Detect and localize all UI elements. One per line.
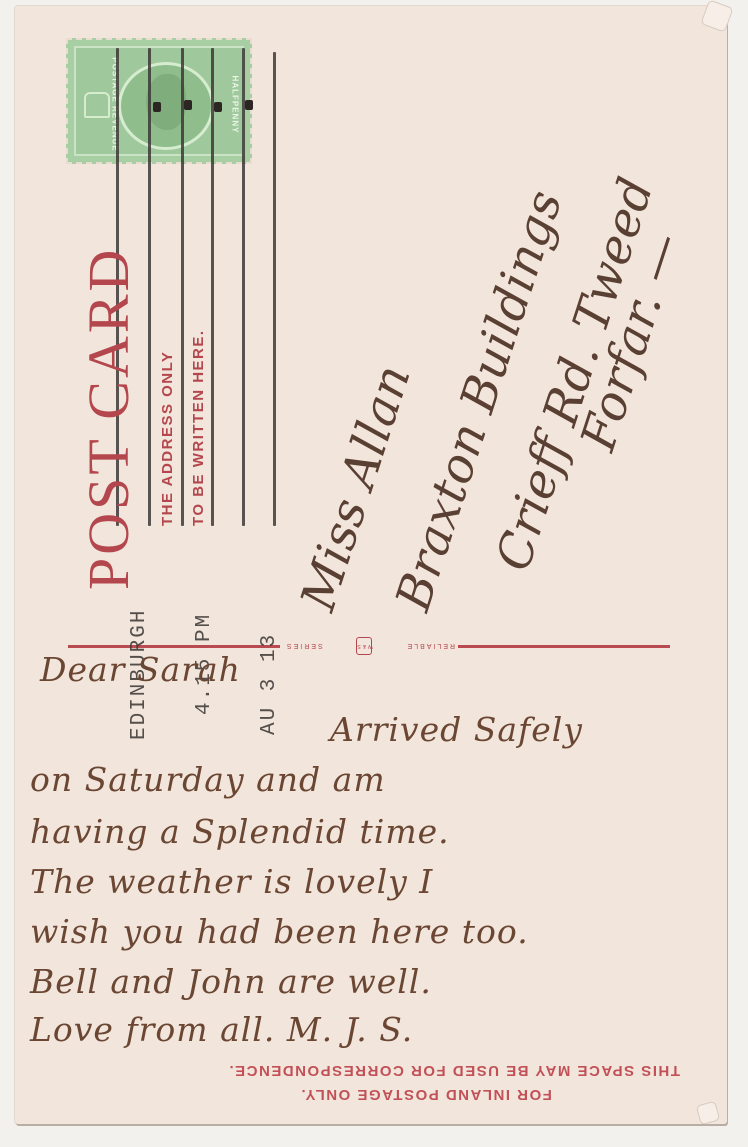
publisher-reliable: RELIABLE	[406, 643, 455, 650]
divider-right	[458, 645, 670, 648]
stamp-frame: POSTAGE REVENUE HALFPENNY	[74, 46, 244, 156]
cancellation-dot	[184, 100, 192, 110]
cancellation-dot	[214, 102, 222, 112]
divider-left	[68, 645, 280, 648]
cancellation-line	[273, 52, 276, 526]
cancellation-line	[181, 48, 184, 526]
address-note-line2: TO BE WRITTEN HERE.	[190, 329, 207, 526]
message-line-6: wish you had been here too.	[30, 912, 529, 951]
post-card-title: POST CARD	[80, 247, 138, 590]
footer-inland-postage: FOR INLAND POSTAGE ONLY.	[300, 1086, 552, 1103]
cancellation-line	[148, 48, 151, 526]
message-line-1: Dear Sarah	[40, 650, 241, 689]
footer-correspondence: THIS SPACE MAY BE USED FOR CORRESPONDENC…	[228, 1062, 680, 1079]
message-line-3: on Saturday and am	[30, 760, 386, 799]
crown-icon	[84, 92, 110, 118]
publisher-mark: RELIABLE W&S SERIES	[285, 637, 455, 655]
postage-stamp: POSTAGE REVENUE HALFPENNY	[66, 38, 252, 164]
corner-fold-bottom-right	[697, 1102, 719, 1124]
address-note-line1: THE ADDRESS ONLY	[159, 351, 176, 526]
cancellation-dot	[245, 100, 253, 110]
message-line-5: The weather is lovely I	[30, 862, 433, 901]
postmark-date: AU 3 13	[258, 633, 281, 735]
message-line-7: Bell and John are well.	[30, 962, 432, 1001]
message-line-4: having a Splendid time.	[30, 812, 450, 851]
corner-fold-top-right	[702, 1, 733, 32]
message-line-2: Arrived Safely	[330, 710, 583, 749]
king-portrait-icon	[146, 74, 186, 130]
cancellation-line	[242, 48, 245, 526]
cancellation-dot	[153, 102, 161, 112]
cancellation-line	[211, 48, 214, 526]
publisher-series: SERIES	[285, 643, 323, 650]
publisher-logo-icon: W&S	[356, 637, 372, 655]
stamp-value-label: HALFPENNY	[231, 76, 240, 134]
message-line-8: Love from all. M. J. S.	[30, 1010, 413, 1049]
